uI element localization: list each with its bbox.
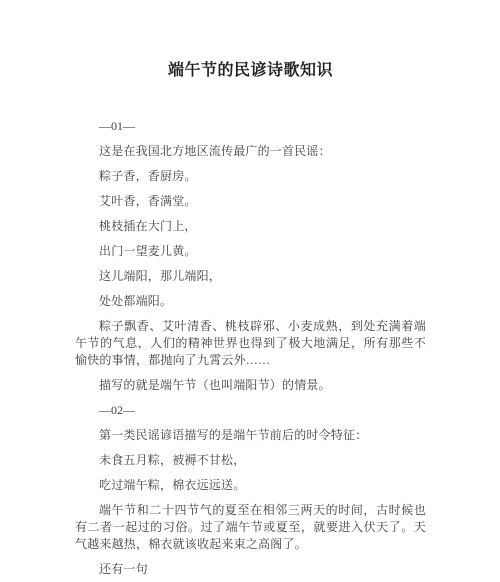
paragraph: 描写的就是端午节（也叫端阳节）的情景。 <box>75 377 426 394</box>
document-title: 端午节的民谚诗歌知识 <box>75 60 426 82</box>
paragraph: 粽子飘香、艾叶清香、桃枝辟邪、小麦成熟，到处充满着端午节的气息，人们的精神世界也… <box>75 318 426 369</box>
document-page: 端午节的民谚诗歌知识 —01— 这是在我国北方地区流传最广的一首民谣： 粽子香，… <box>0 0 500 582</box>
paragraph: 还有一句 <box>75 561 426 578</box>
paragraph: 第一类民谣谚语描写的是端午节前后的时令特征： <box>75 427 426 444</box>
paragraph: 艾叶香，香满堂。 <box>75 193 426 210</box>
section-02: —02— 第一类民谣谚语描写的是端午节前后的时令特征： 未食五月粽，被褥不甘松，… <box>75 402 426 578</box>
paragraph: 桃枝插在大门上， <box>75 218 426 235</box>
paragraph: 这儿端阳，那儿端阳， <box>75 268 426 285</box>
paragraph: 端午节和二十四节气的夏至在相邻三两天的时间，古时候也有二者一起过的习俗。过了端午… <box>75 502 426 553</box>
paragraph: 未食五月粽，被褥不甘松， <box>75 452 426 469</box>
paragraph: 吃过端午粽，棉衣远远送。 <box>75 477 426 494</box>
section-01-marker: —01— <box>75 118 426 135</box>
paragraph: 处处都端阳。 <box>75 293 426 310</box>
paragraph: 出门一望麦儿黄。 <box>75 243 426 260</box>
paragraph: 粽子香，香厨房。 <box>75 168 426 185</box>
section-02-marker: —02— <box>75 402 426 419</box>
paragraph: 这是在我国北方地区流传最广的一首民谣： <box>75 143 426 160</box>
section-01: —01— 这是在我国北方地区流传最广的一首民谣： 粽子香，香厨房。 艾叶香，香满… <box>75 118 426 394</box>
